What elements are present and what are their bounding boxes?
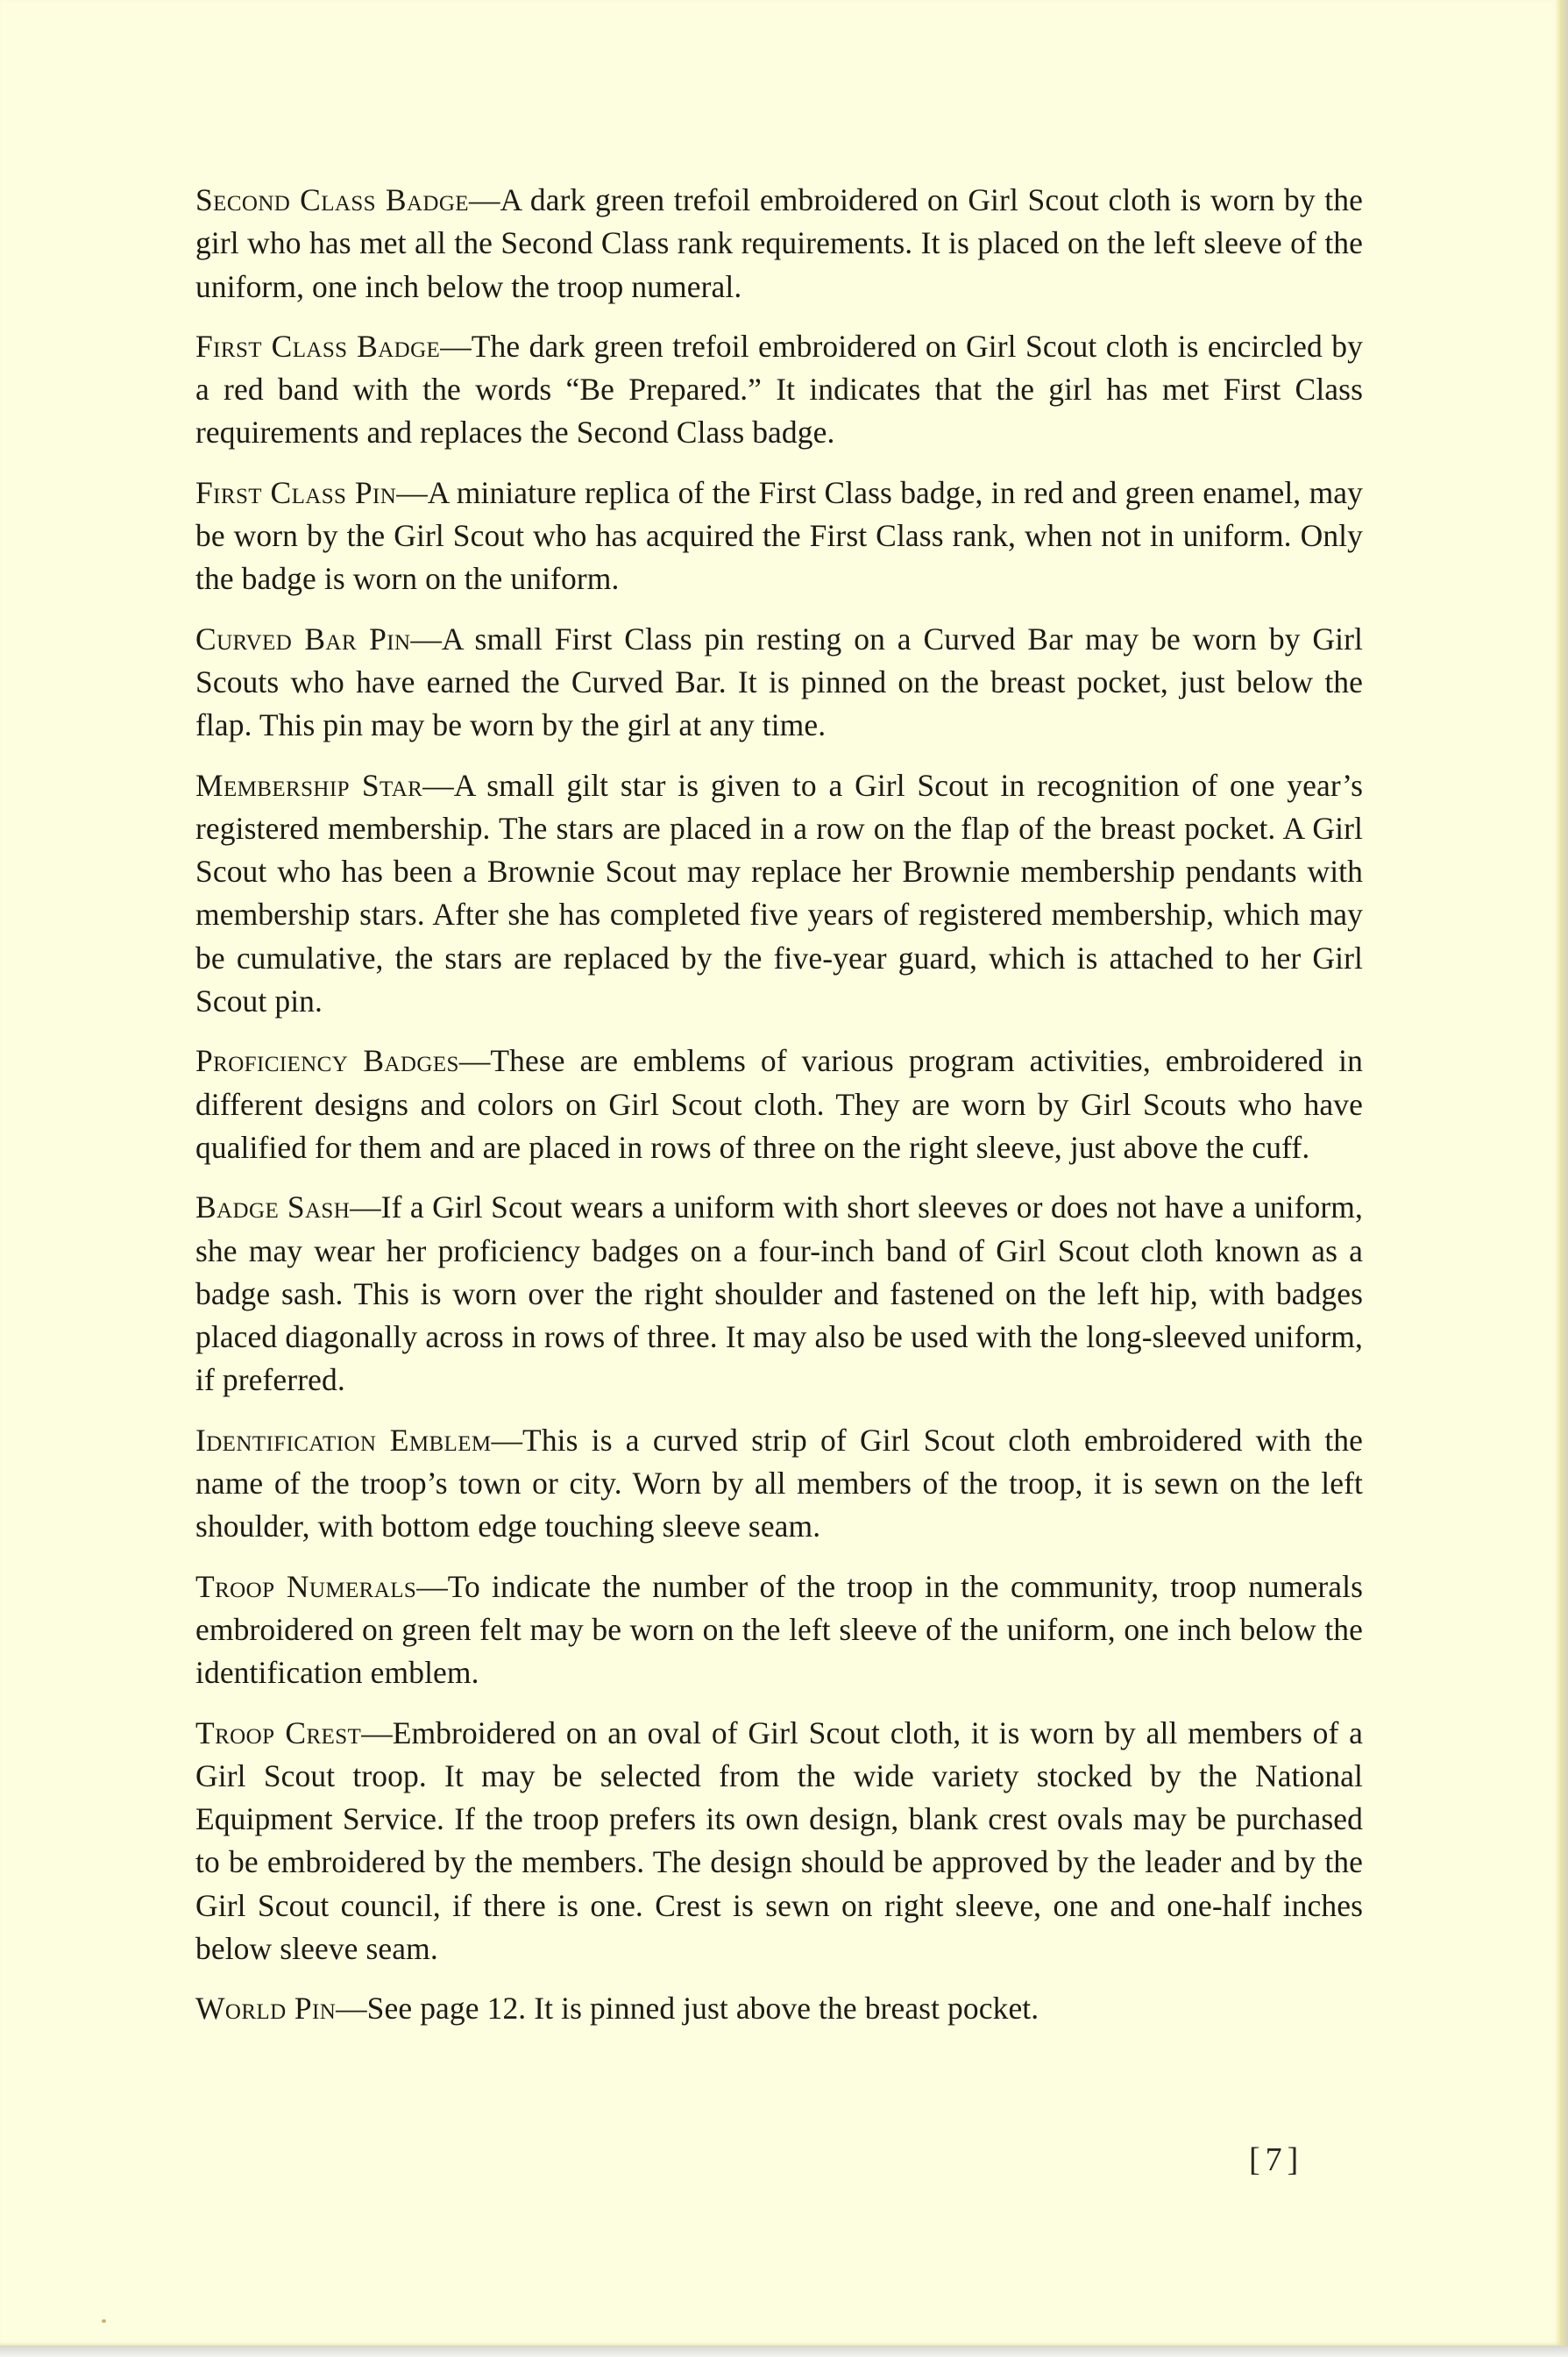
entry-body: See page 12. It is pinned just above the…: [367, 1991, 1039, 2026]
entry-term: Identification Emblem: [195, 1423, 492, 1458]
entry-separator: —: [416, 1569, 448, 1604]
entry-term: Second Class Badge: [195, 182, 469, 217]
entry-proficiency-badges: Proficiency Badges—These are emblems of …: [195, 1040, 1363, 1169]
entry-second-class-badge: Second Class Badge—A dark green trefoil …: [195, 179, 1363, 309]
entry-body: Embroidered on an oval of Girl Scout clo…: [195, 1715, 1363, 1966]
entry-separator: —: [396, 475, 428, 510]
entry-separator: —: [440, 329, 472, 364]
entry-term: Troop Numerals: [195, 1569, 416, 1604]
document-page: Second Class Badge—A dark green trefoil …: [0, 0, 1560, 2346]
entry-term: First Class Badge: [195, 329, 440, 364]
entry-term: Badge Sash: [195, 1189, 350, 1225]
paper-speck: [102, 2319, 106, 2323]
entry-separator: —: [422, 768, 454, 803]
entry-troop-crest: Troop Crest—Embroidered on an oval of Gi…: [195, 1712, 1363, 1971]
entry-troop-numerals: Troop Numerals—To indicate the number of…: [195, 1565, 1363, 1695]
page-number: [7]: [1249, 2140, 1303, 2179]
entry-separator: —: [336, 1991, 367, 2026]
entry-term: Membership Star: [195, 768, 422, 803]
entry-term: Proficiency Badges: [195, 1043, 459, 1078]
entry-term: Curved Bar Pin: [195, 621, 410, 657]
entry-curved-bar-pin: Curved Bar Pin—A small First Class pin r…: [195, 618, 1363, 748]
entry-separator: —: [469, 182, 500, 217]
entry-separator: —: [410, 621, 442, 657]
entry-separator: —: [459, 1043, 491, 1078]
entry-membership-star: Membership Star—A small gilt star is giv…: [195, 764, 1363, 1024]
entry-identification-emblem: Identification Emblem—This is a curved s…: [195, 1419, 1363, 1549]
page-edge-bottom: [0, 2346, 1568, 2357]
entry-term: World Pin: [195, 1991, 336, 2026]
entry-world-pin: World Pin—See page 12. It is pinned just…: [195, 1987, 1363, 2030]
entry-body: A small gilt star is given to a Girl Sco…: [195, 768, 1363, 1019]
entry-term: Troop Crest: [195, 1715, 361, 1750]
entry-badge-sash: Badge Sash—If a Girl Scout wears a unifo…: [195, 1186, 1363, 1402]
page-edge-right: [1560, 0, 1568, 2357]
entry-separator: —: [350, 1189, 381, 1225]
entry-term: First Class Pin: [195, 475, 396, 510]
entry-separator: —: [492, 1423, 523, 1458]
entry-first-class-pin: First Class Pin—A miniature replica of t…: [195, 472, 1363, 601]
entry-first-class-badge: First Class Badge—The dark green trefoil…: [195, 325, 1363, 455]
page-body: Second Class Badge—A dark green trefoil …: [195, 179, 1363, 2048]
entry-separator: —: [361, 1715, 393, 1750]
